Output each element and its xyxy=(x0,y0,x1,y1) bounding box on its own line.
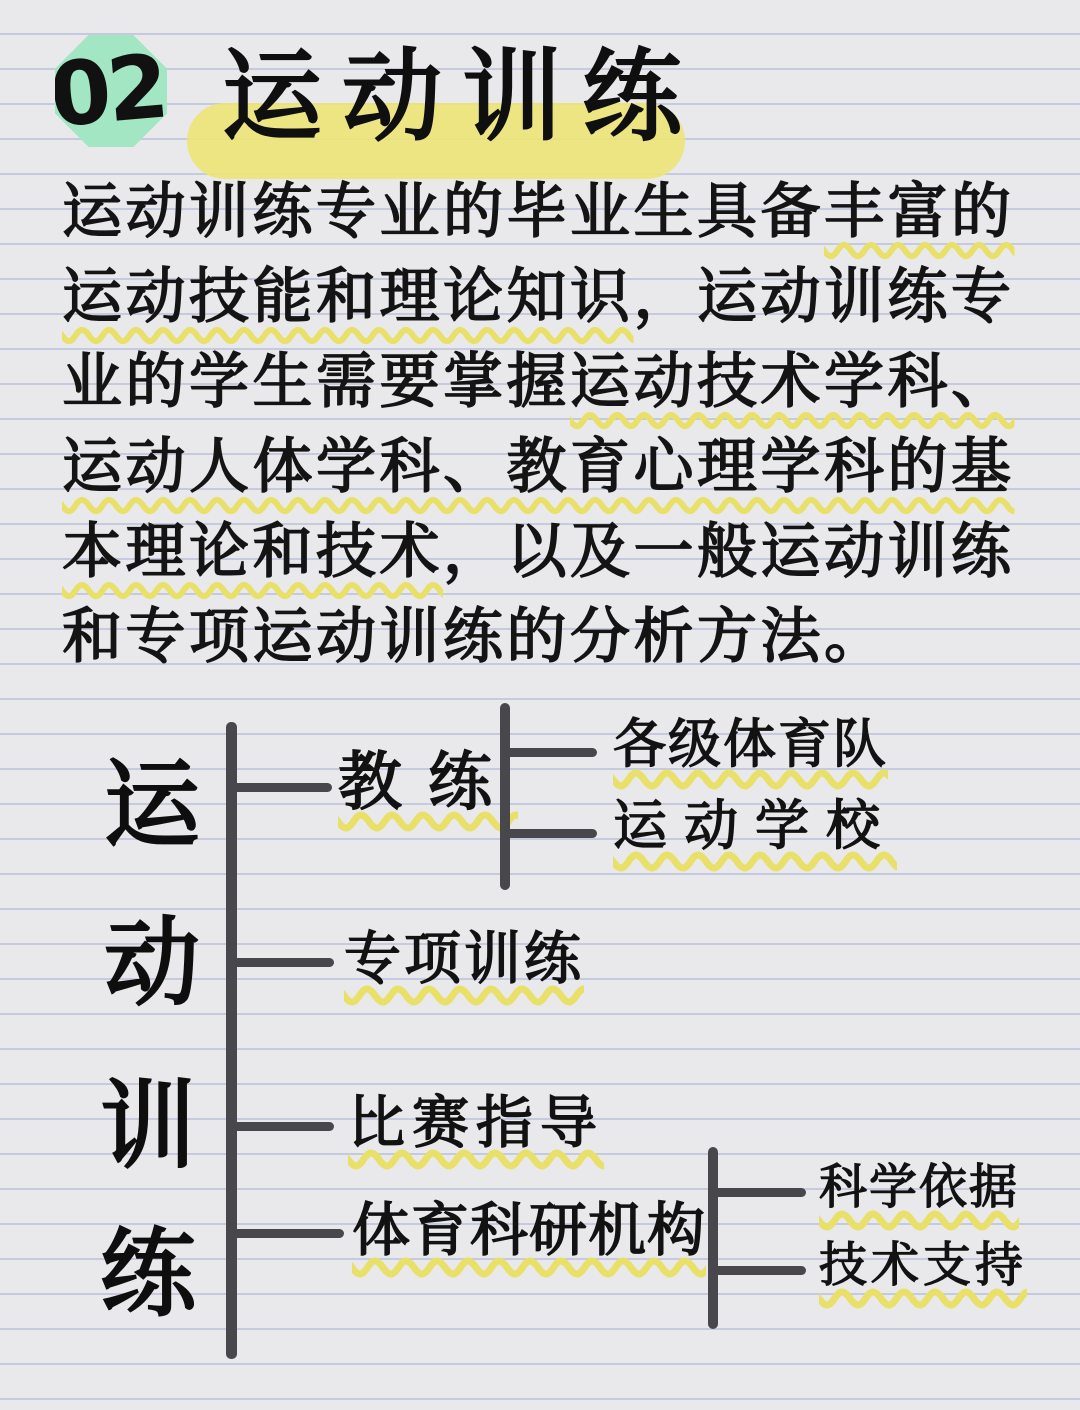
plain-text: 运动训练专业的毕业生具备 xyxy=(62,177,824,247)
page-title: 运动训练 xyxy=(222,42,702,152)
highlighted-text: 丰富的 xyxy=(824,177,1015,247)
plain-text: ，运动训练专 xyxy=(634,262,1015,332)
branch-line-technical-support xyxy=(711,1266,806,1275)
branch-label-specialized-training: 专项训练 xyxy=(344,928,584,990)
paragraph-line: 业的学生需要掌握运动技术学科、 xyxy=(62,340,1037,425)
highlighted-text: 运动技术学科、 xyxy=(570,347,1015,417)
branch-label-research-institution: 体育科研机构 xyxy=(352,1199,706,1261)
branch-label-coach: 教练 xyxy=(338,748,518,818)
note-page: 02 运动训练 运动训练专业的毕业生具备丰富的 运动技能和理论知识，运动训练专 … xyxy=(0,0,1080,1410)
root-label-char: 练 xyxy=(88,1226,208,1322)
branch-line-sports-school xyxy=(503,829,597,838)
section-number-badge: 02 xyxy=(55,35,167,147)
leaf-label-sports-school: 运动学校 xyxy=(613,797,897,855)
plain-text: ，以及一般运动训练 xyxy=(443,517,1015,587)
intro-paragraph: 运动训练专业的毕业生具备丰富的 运动技能和理论知识，运动训练专 业的学生需要掌握… xyxy=(62,170,1037,680)
branch-label-competition-guidance: 比赛指导 xyxy=(348,1092,604,1154)
branch-line-sports-teams xyxy=(503,748,597,757)
leaf-label-scientific-basis: 科学依据 xyxy=(819,1161,1019,1213)
trunk-line xyxy=(226,722,237,1359)
plain-text: 和专项运动训练的分析方法。 xyxy=(62,602,888,672)
highlighted-text: 运动人体学科、教育心理学科的基 xyxy=(62,432,1015,502)
root-label-char: 运 xyxy=(92,757,212,853)
highlighted-text: 本理论和技术 xyxy=(62,517,443,587)
paragraph-line: 运动技能和理论知识，运动训练专 xyxy=(62,255,1037,340)
branch-line-competition-guidance xyxy=(230,1122,334,1131)
root-label-char: 动 xyxy=(92,915,212,1011)
paragraph-line: 和专项运动训练的分析方法。 xyxy=(62,595,1037,680)
leaf-label-technical-support: 技术支持 xyxy=(819,1239,1027,1291)
paragraph-line: 运动训练专业的毕业生具备丰富的 xyxy=(62,170,1037,255)
branch-line-coach xyxy=(230,783,332,792)
branch-line-specialized-training xyxy=(230,958,334,967)
branch-line-research-institution xyxy=(230,1229,344,1238)
paragraph-line: 运动人体学科、教育心理学科的基 xyxy=(62,425,1037,510)
paragraph-line: 本理论和技术，以及一般运动训练 xyxy=(62,510,1037,595)
root-label-char: 训 xyxy=(88,1078,208,1174)
leaf-label-sports-teams: 各级体育队 xyxy=(613,716,888,774)
sub-trunk-line-coach xyxy=(500,703,510,890)
highlighted-text: 运动技能和理论知识 xyxy=(62,262,634,332)
branch-line-scientific-basis xyxy=(711,1188,806,1197)
plain-text: 业的学生需要掌握 xyxy=(62,347,570,417)
sub-trunk-line-research xyxy=(708,1147,718,1329)
section-number: 02 xyxy=(46,43,168,141)
